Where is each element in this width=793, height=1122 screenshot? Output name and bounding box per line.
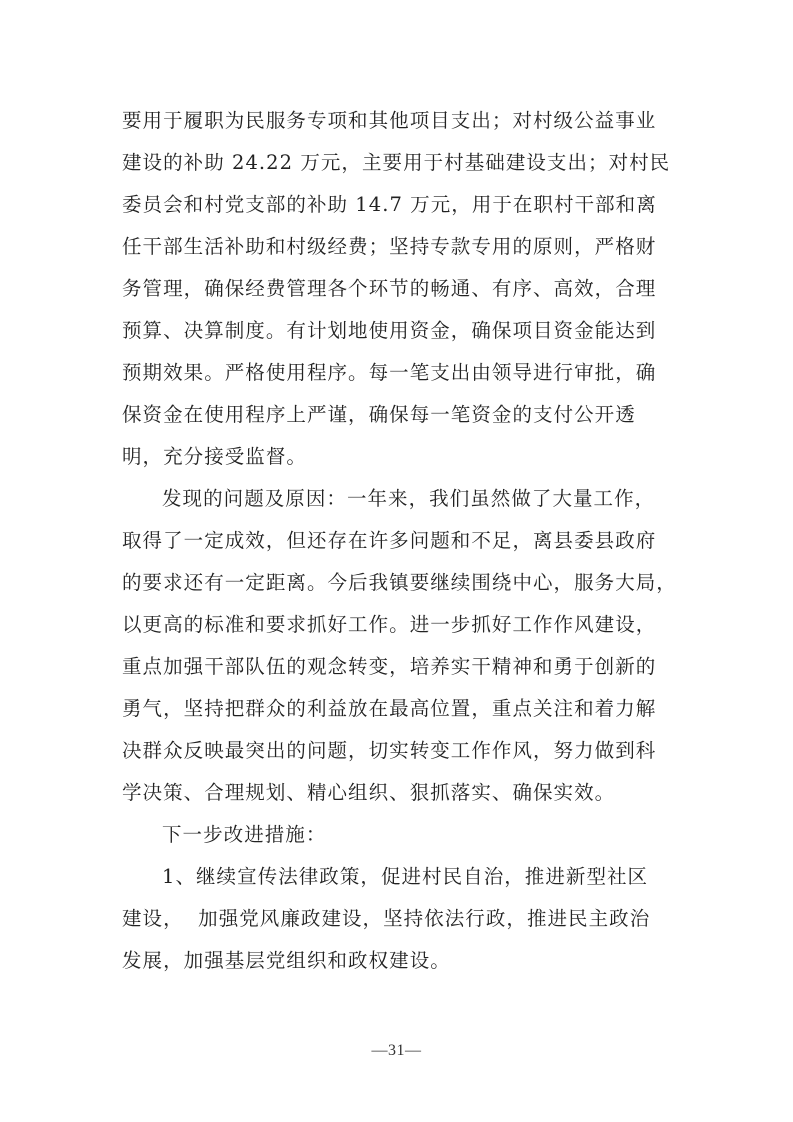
text-line: 发展，加强基层党组织和政权建设。: [122, 940, 678, 982]
document-body: 要用于履职为民服务专项和其他项目支出；对村级公益事业 建设的补助 24.22 万…: [122, 100, 678, 982]
text-line-indented: 发现的问题及原因：一年来，我们虽然做了大量工作，: [122, 478, 678, 520]
text-line: 建设的补助 24.22 万元，主要用于村基础建设支出；对村民: [122, 142, 678, 184]
paragraph-problems-and-causes: 发现的问题及原因：一年来，我们虽然做了大量工作， 取得了一定成效，但还存在许多问…: [122, 478, 678, 814]
text-line: 建设， 加强党风廉政建设，坚持依法行政，推进民主政治: [122, 898, 678, 940]
text-line: 决群众反映最突出的问题，切实转变工作作风，努力做到科: [122, 730, 678, 772]
paragraph-next-steps-heading: 下一步改进措施：: [122, 814, 678, 856]
text-line: 预期效果。严格使用程序。每一笔支出由领导进行审批，确: [122, 352, 678, 394]
text-line: 取得了一定成效，但还存在许多问题和不足，离县委县政府: [122, 520, 678, 562]
page-number: —31—: [0, 1042, 793, 1060]
text-line: 保资金在使用程序上严谨，确保每一笔资金的支付公开透: [122, 394, 678, 436]
paragraph-measure-item-1: 1、继续宣传法律政策，促进村民自治，推进新型社区 建设， 加强党风廉政建设，坚持…: [122, 856, 678, 982]
text-line: 任干部生活补助和村级经费；坚持专款专用的原则，严格财: [122, 226, 678, 268]
text-line: 重点加强干部队伍的观念转变，培养实干精神和勇于创新的: [122, 646, 678, 688]
text-line-indented: 1、继续宣传法律政策，促进村民自治，推进新型社区: [122, 856, 678, 898]
text-line: 的要求还有一定距离。今后我镇要继续围绕中心，服务大局，: [122, 562, 678, 604]
section-heading: 下一步改进措施：: [122, 814, 678, 856]
text-line: 务管理，确保经费管理各个环节的畅通、有序、高效，合理: [122, 268, 678, 310]
text-line: 预算、决算制度。有计划地使用资金，确保项目资金能达到: [122, 310, 678, 352]
text-line: 要用于履职为民服务专项和其他项目支出；对村级公益事业: [122, 100, 678, 142]
text-line: 以更高的标准和要求抓好工作。进一步抓好工作作风建设，: [122, 604, 678, 646]
text-line: 明，充分接受监督。: [122, 436, 678, 478]
text-line: 勇气，坚持把群众的利益放在最高位置，重点关注和着力解: [122, 688, 678, 730]
text-line: 学决策、合理规划、精心组织、狠抓落实、确保实效。: [122, 772, 678, 814]
document-page: 要用于履职为民服务专项和其他项目支出；对村级公益事业 建设的补助 24.22 万…: [0, 0, 793, 1122]
text-line: 委员会和村党支部的补助 14.7 万元，用于在职村干部和离: [122, 184, 678, 226]
paragraph-funding-continued: 要用于履职为民服务专项和其他项目支出；对村级公益事业 建设的补助 24.22 万…: [122, 100, 678, 478]
